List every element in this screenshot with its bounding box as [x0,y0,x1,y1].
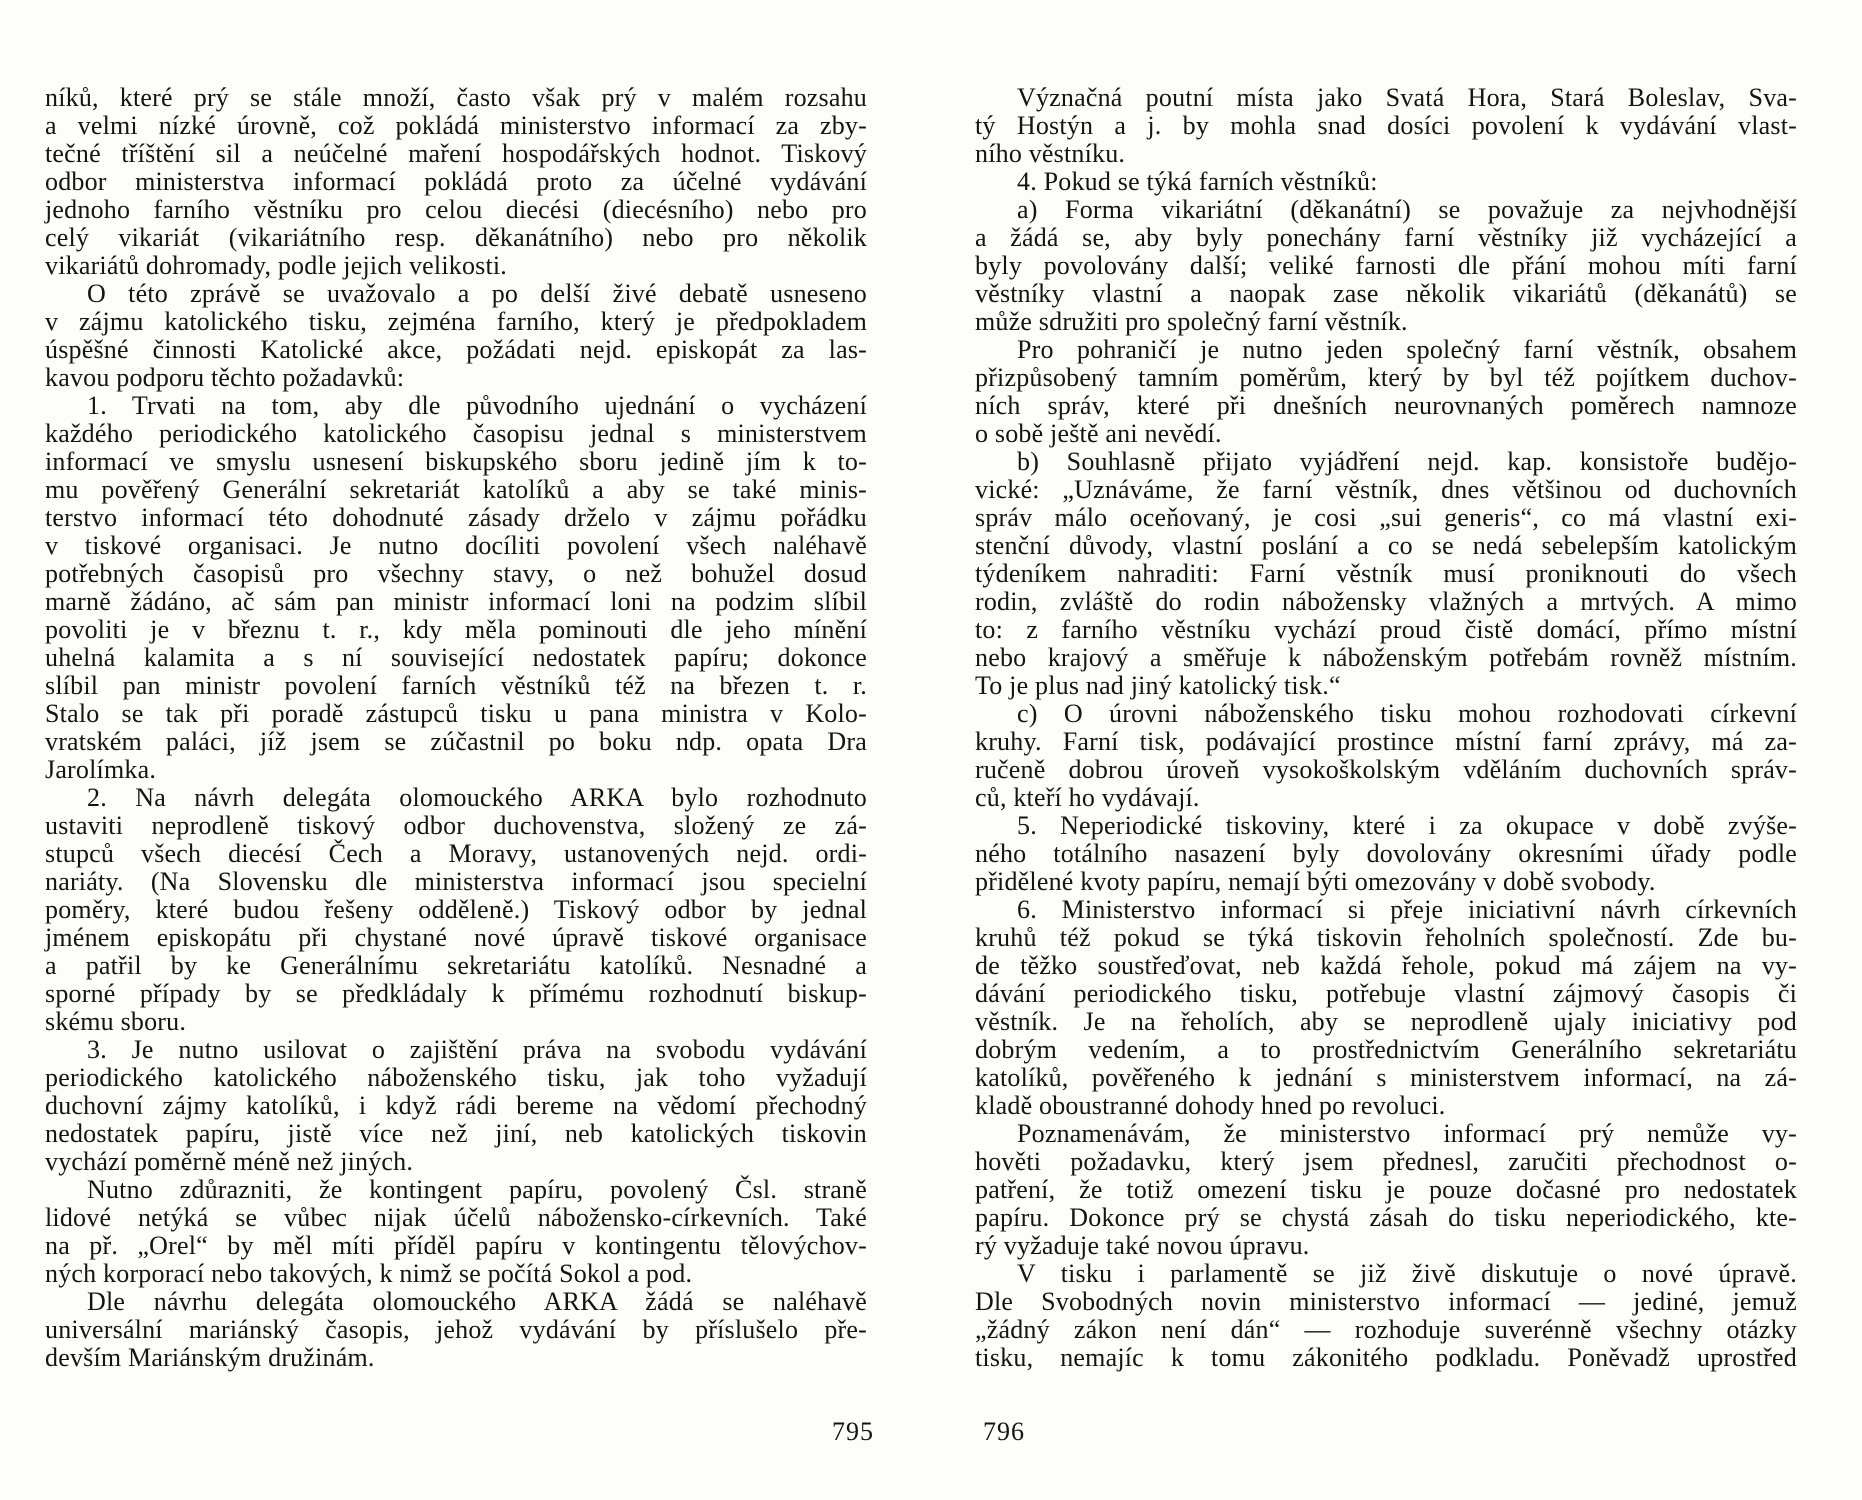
text-line: tečné tříštění sil a neúčelné maření hos… [45,140,867,168]
text-line: o sobě ještě ani nevědí. [975,420,1797,448]
text-column-right: Význačná poutní místa jako Svatá Hora, S… [975,84,1797,1372]
text-line: a velmi nízké úrovně, což pokládá minist… [45,112,867,140]
text-line: nariáty. (Na Slovensku dle ministerstva … [45,868,867,896]
text-line: přizpůsobený tamním poměrům, který by by… [975,364,1797,392]
text-line: 5. Neperiodické tiskoviny, které i za ok… [975,812,1797,840]
text-line: vikariátů dohromady, podle jejich veliko… [45,252,867,280]
text-line: nedostatek papíru, jistě více než jiní, … [45,1120,867,1148]
text-line: papíru. Dokonce prý se chystá zásah do t… [975,1204,1797,1232]
text-line: stenční důvody, vlastní poslání a co se … [975,532,1797,560]
text-line: ného totálního nasazení byly dovolovány … [975,840,1797,868]
text-line: terstvo informací této dohodnuté zásady … [45,504,867,532]
text-line: marně žádáno, ač sám pan ministr informa… [45,588,867,616]
text-line: ců, kteří ho vydávají. [975,784,1797,812]
text-line: vratském paláci, jíž jsem se zúčastnil p… [45,728,867,756]
text-line: a patřil by ke Generálnímu sekretariátu … [45,952,867,980]
text-line: na př. „Orel“ by měl míti příděl papíru … [45,1232,867,1260]
text-line: universální mariánský časopis, jehož vyd… [45,1316,867,1344]
text-line: ního věstníku. [975,140,1797,168]
text-line: Pro pohraničí je nutno jeden společný fa… [975,336,1797,364]
text-line: slíbil pan ministr povolení farních věst… [45,672,867,700]
text-line: mu pověřený Generální sekretariát katolí… [45,476,867,504]
text-line: informací ve smyslu usnesení biskupského… [45,448,867,476]
text-line: 3. Je nutno usilovat o zajištění práva n… [45,1036,867,1064]
text-line: nebo krajový a směřuje k náboženským pot… [975,644,1797,672]
text-line: správ málo oceňovaný, je cosi „sui gener… [975,504,1797,532]
scanned-book-page: níků, které prý se stále množí, často vš… [0,0,1862,1500]
page-number-796: 796 [983,1417,1025,1447]
text-line: jménem episkopátu při chystané nové úpra… [45,924,867,952]
text-line: odbor ministerstva informací pokládá pro… [45,168,867,196]
text-line: Dle návrhu delegáta olomouckého ARKA žád… [45,1288,867,1316]
text-line: potřebných časopisů pro všechny stavy, o… [45,560,867,588]
text-line: a žádá se, aby byly ponechány farní věst… [975,224,1797,252]
text-line: úspěšné činnosti Katolické akce, požádat… [45,336,867,364]
page-number-795: 795 [832,1417,874,1447]
text-line: skému sboru. [45,1008,867,1036]
text-line: Dle Svobodných novin ministerstvo inform… [975,1288,1797,1316]
text-line: Jarolímka. [45,756,867,784]
text-line: stupců všech diecésí Čech a Moravy, usta… [45,840,867,868]
text-line: sporné případy by se předkládaly k přímé… [45,980,867,1008]
text-line: Význačná poutní místa jako Svatá Hora, S… [975,84,1797,112]
text-line: kladě oboustranné dohody hned po revoluc… [975,1092,1797,1120]
text-line: celý vikariát (vikariátního resp. děkaná… [45,224,867,252]
text-line: duchovní zájmy katolíků, i když rádi ber… [45,1092,867,1120]
text-line: a) Forma vikariátní (děkanátní) se považ… [975,196,1797,224]
text-line: 1. Trvati na tom, aby dle původního ujed… [45,392,867,420]
text-line: rý vyžaduje také novou úpravu. [975,1232,1797,1260]
text-column-left: níků, které prý se stále množí, často vš… [45,84,867,1372]
text-line: Stalo se tak při poradě zástupců tisku u… [45,700,867,728]
text-line: kruhů též pokud se týká tiskovin řeholní… [975,924,1797,952]
text-line: věstníky vlastní a naopak zase několik v… [975,280,1797,308]
text-line: O této zprávě se uvažovalo a po delší ži… [45,280,867,308]
text-line: týdeníkem nahraditi: Farní věstník musí … [975,560,1797,588]
text-line: kruhy. Farní tisk, podávající prostince … [975,728,1797,756]
text-line: de těžko soustřeďovat, neb každá řehole,… [975,952,1797,980]
text-line: povoliti je v březnu t. r., kdy měla pom… [45,616,867,644]
text-line: V tisku i parlamentě se již živě diskutu… [975,1260,1797,1288]
text-line: níků, které prý se stále množí, často vš… [45,84,867,112]
text-line: ustaviti neprodleně tiskový odbor duchov… [45,812,867,840]
text-line: hověti požadavku, který jsem přednesl, z… [975,1148,1797,1176]
text-line: to: z farního věstníku vychází proud čis… [975,616,1797,644]
text-line: 2. Na návrh delegáta olomouckého ARKA by… [45,784,867,812]
text-line: ních správ, které při dnešních neurovnan… [975,392,1797,420]
text-line: katolíků, pověřeného k jednání s ministe… [975,1064,1797,1092]
text-line: To je plus nad jiný katolický tisk.“ [975,672,1797,700]
text-line: Nutno zdůrazniti, že kontingent papíru, … [45,1176,867,1204]
text-line: vické: „Uznáváme, že farní věstník, dnes… [975,476,1797,504]
text-line: dávání periodického tisku, potřebuje vla… [975,980,1797,1008]
text-line: ručeně dobrou úroveň vysokoškolským vděl… [975,756,1797,784]
text-line: přidělené kvoty papíru, nemají býti omez… [975,868,1797,896]
text-line: poměry, které budou řešeny odděleně.) Ti… [45,896,867,924]
text-line: věstník. Je na řeholích, aby se neprodle… [975,1008,1797,1036]
text-line: dobrým vedením, a to prostřednictvím Gen… [975,1036,1797,1064]
text-line: vychází poměrně méně než jiných. [45,1148,867,1176]
text-line: tisku, nemajíc k tomu zákonitého podklad… [975,1344,1797,1372]
text-line: rodin, zvláště do rodin nábožensky vlažn… [975,588,1797,616]
text-line: „žádný zákon není dán“ — rozhoduje suver… [975,1316,1797,1344]
text-line: patření, že totiž omezení tisku je pouze… [975,1176,1797,1204]
text-line: ných korporací nebo takových, k nimž se … [45,1260,867,1288]
text-line: periodického katolického náboženského ti… [45,1064,867,1092]
text-line: devším Mariánským družinám. [45,1344,867,1372]
text-line: každého periodického katolického časopis… [45,420,867,448]
text-line: b) Souhlasně přijato vyjádření nejd. kap… [975,448,1797,476]
text-line: jednoho farního věstníku pro celou diecé… [45,196,867,224]
text-line: v tiskové organisaci. Je nutno docíliti … [45,532,867,560]
text-line: c) O úrovni náboženského tisku mohou roz… [975,700,1797,728]
text-line: byly povolovány další; veliké farnosti d… [975,252,1797,280]
text-line: uhelná kalamita a s ní související nedos… [45,644,867,672]
text-line: Poznamenávám, že ministerstvo informací … [975,1120,1797,1148]
text-line: kavou podporu těchto požadavků: [45,364,867,392]
text-line: 6. Ministerstvo informací si přeje inici… [975,896,1797,924]
text-line: může sdružiti pro společný farní věstník… [975,308,1797,336]
text-line: 4. Pokud se týká farních věstníků: [975,168,1797,196]
text-line: tý Hostýn a j. by mohla snad dosíci povo… [975,112,1797,140]
text-line: lidové netýká se vůbec nijak účelů nábož… [45,1204,867,1232]
text-line: v zájmu katolického tisku, zejména farní… [45,308,867,336]
